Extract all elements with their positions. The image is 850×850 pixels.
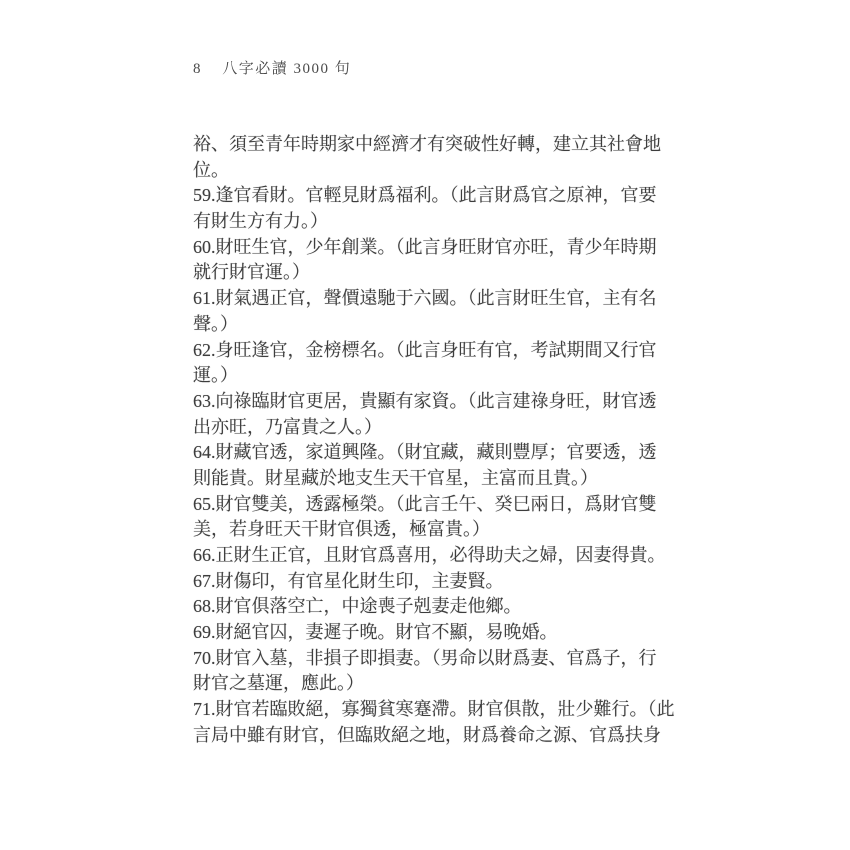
text-line: 運。） <box>193 363 693 389</box>
text-line: 出亦旺，乃富貴之人。） <box>193 415 693 441</box>
running-header: 8 八字必讀 3000 句 <box>193 57 351 78</box>
text-line: 59.逢官看財。官輕見財爲福利。（此言財爲官之原神，官要 <box>193 183 693 209</box>
text-line: 63.向祿臨財官更居，貴顯有家資。（此言建祿身旺，財官透 <box>193 389 693 415</box>
book-title: 八字必讀 3000 句 <box>222 61 351 77</box>
page-number: 8 <box>193 61 202 78</box>
text-line: 67.財傷印，有官星化財生印，主妻賢。 <box>193 569 693 595</box>
text-line: 60.財旺生官，少年創業。（此言身旺財官亦旺，青少年時期 <box>193 235 693 261</box>
text-line: 68.財官俱落空亡，中途喪子剋妻走他鄉。 <box>193 594 693 620</box>
text-line: 66.正財生正官，且財官爲喜用，必得助夫之婦，因妻得貴。 <box>193 543 693 569</box>
text-line: 有財生方有力。） <box>193 209 693 235</box>
text-line: 聲。） <box>193 312 693 338</box>
book-page: 8 八字必讀 3000 句 裕、須至青年時期家中經濟才有突破性好轉，建立其社會地… <box>0 0 850 850</box>
text-line: 言局中雖有財官，但臨敗絕之地，財爲養命之源、官爲扶身 <box>193 723 693 749</box>
text-line: 則能貴。財星藏於地支生天干官星，主富而且貴。） <box>193 466 693 492</box>
text-line: 美，若身旺天干財官俱透，極富貴。） <box>193 517 693 543</box>
text-line: 71.財官若臨敗絕，寡獨貧寒蹇滯。財官俱散，壯少難行。（此 <box>193 697 693 723</box>
text-line: 64.財藏官透，家道興隆。（財宜藏，藏則豐厚；官要透，透 <box>193 440 693 466</box>
text-line: 就行財官運。） <box>193 260 693 286</box>
text-line: 69.財絕官囚，妻遲子晚。財官不顯，易晚婚。 <box>193 620 693 646</box>
text-line: 62.身旺逢官，金榜標名。（此言身旺有官，考試期間又行官 <box>193 338 693 364</box>
text-line: 財官之墓運，應此。） <box>193 671 693 697</box>
text-line: 裕、須至青年時期家中經濟才有突破性好轉，建立其社會地 <box>193 132 693 158</box>
text-line: 61.財氣遇正官，聲價遠馳于六國。（此言財旺生官，主有名 <box>193 286 693 312</box>
body-text-block: 裕、須至青年時期家中經濟才有突破性好轉，建立其社會地 位。 59.逢官看財。官輕… <box>193 132 693 749</box>
text-line: 65.財官雙美，透露極榮。（此言壬午、癸巳兩日，爲財官雙 <box>193 492 693 518</box>
text-line: 70.財官入墓，非損子即損妻。（男命以財爲妻、官爲子，行 <box>193 646 693 672</box>
text-line: 位。 <box>193 158 693 184</box>
